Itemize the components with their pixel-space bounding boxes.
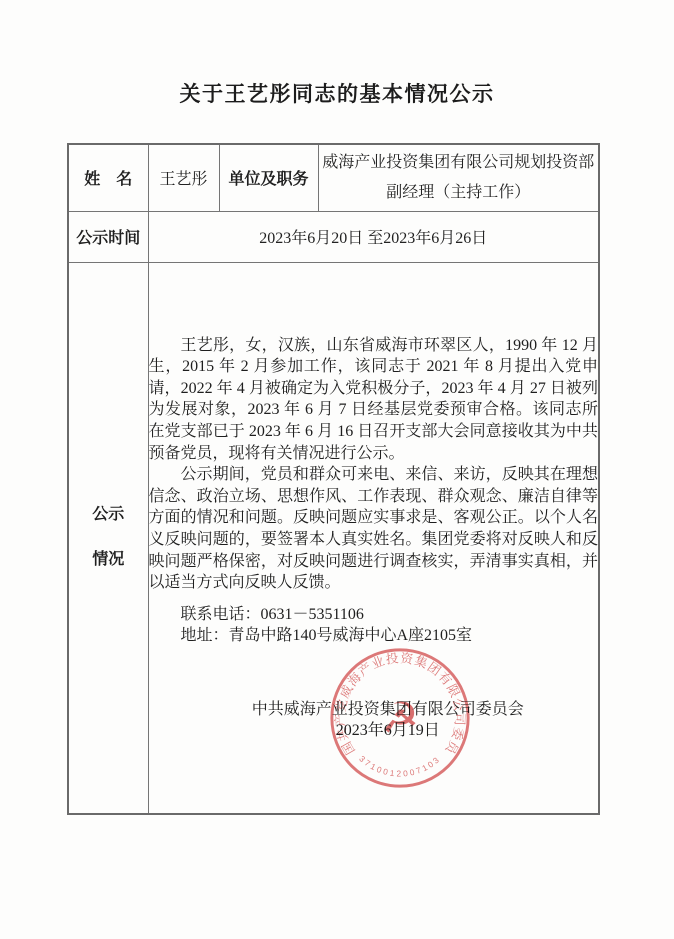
period-value: 2023年6月20日 至2023年6月26日 xyxy=(148,211,599,262)
label-spacer xyxy=(69,524,148,551)
position-value-line1: 威海产业投资集团有限公司规划投资部 xyxy=(319,148,599,178)
position-label: 单位及职务 xyxy=(219,144,318,211)
seal-serial-number: 3710012007103 xyxy=(357,754,442,778)
name-label: 姓 名 xyxy=(68,144,148,211)
contact-phone: 联系电话：0631－5351106 xyxy=(181,604,599,626)
table-row-period: 公示时间 2023年6月20日 至2023年6月26日 xyxy=(68,211,599,262)
contact-block: 联系电话：0631－5351106 地址：青岛中路140号威海中心A座2105室 xyxy=(149,604,599,647)
situation-label-line1: 公示 xyxy=(69,506,148,524)
table-row-name: 姓 名 王艺彤 单位及职务 威海产业投资集团有限公司规划投资部 副经理（主持工作… xyxy=(68,144,599,211)
position-value: 威海产业投资集团有限公司规划投资部 副经理（主持工作） xyxy=(318,144,599,211)
contact-address: 地址：青岛中路140号威海中心A座2105室 xyxy=(181,625,599,647)
seal-graphic: 中国共产党威海产业投资集团有限公司委员会 ☭ 3710012007103 xyxy=(327,645,473,791)
situation-label: 公示 情况 xyxy=(68,262,148,814)
official-seal: 中国共产党威海产业投资集团有限公司委员会 ☭ 3710012007103 xyxy=(327,645,473,791)
notice-page: 关于王艺彤同志的基本情况公示 姓 名 王艺彤 单位及职务 威海产业投资集团有限公… xyxy=(0,0,674,939)
party-emblem-icon: ☭ xyxy=(381,694,419,744)
name-value: 王艺彤 xyxy=(148,144,219,211)
situation-label-line2: 情况 xyxy=(69,551,148,569)
situation-paragraph-1: 王艺彤，女，汉族，山东省威海市环翠区人，1990 年 12 月生，2015 年 … xyxy=(149,335,599,465)
position-value-line2: 副经理（主持工作） xyxy=(319,178,599,208)
page-title: 关于王艺彤同志的基本情况公示 xyxy=(0,78,674,108)
period-label: 公示时间 xyxy=(68,211,148,262)
situation-paragraph-2: 公示期间，党员和群众可来电、来信、来访，反映其在理想信念、政治立场、思想作风、工… xyxy=(149,464,599,594)
